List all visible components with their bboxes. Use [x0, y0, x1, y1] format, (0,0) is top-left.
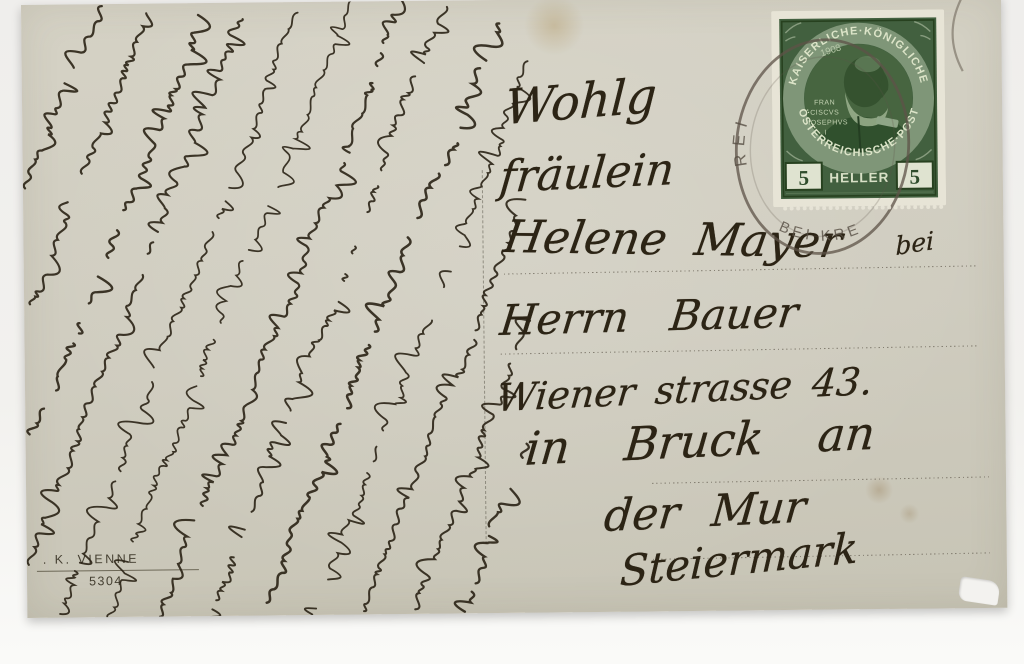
address-line-honorific: Wohlg [503, 68, 658, 137]
imprint-rule [37, 569, 199, 572]
postcard-divider-line [482, 170, 487, 544]
address-line-name: Helene Mayer [500, 210, 846, 268]
stamp-graphic: 1908 FRAN CISCVS IOSEPHVS I KAISERLICHE·… [771, 9, 946, 207]
address-line-fraeulein: fräulein [497, 144, 676, 203]
damaged-corner [958, 576, 1001, 606]
stamp-inscription-2: CISCVS [810, 109, 839, 116]
address-dotted-line-2 [501, 345, 978, 355]
publisher-name: . K. VIENNE [43, 552, 139, 567]
svg-text:REI: REI [729, 113, 754, 168]
postage-stamp: 1908 FRAN CISCVS IOSEPHVS I KAISERLICHE·… [771, 9, 946, 207]
imprint-number: 5304 [89, 574, 123, 588]
postmark-second-arc [952, 0, 963, 71]
address-dotted-line-3 [652, 476, 989, 484]
stamp-value-left: 5 [798, 166, 809, 190]
photo-background: Wohlg fräulein Helene Mayer bei Herrn Ba… [0, 0, 1024, 664]
stamp-inscription-1: FRAN [814, 99, 835, 106]
stamp-value-right: 5 [909, 165, 920, 189]
address-line-bei: bei [895, 226, 934, 261]
stamp-currency: HELLER [829, 170, 889, 186]
address-dotted-line-1 [504, 265, 977, 275]
postcard: Wohlg fräulein Helene Mayer bei Herrn Ba… [21, 0, 1007, 618]
postmark-town-text: REI [729, 113, 754, 168]
address-line-care-of: Herrn Bauer [498, 288, 801, 345]
